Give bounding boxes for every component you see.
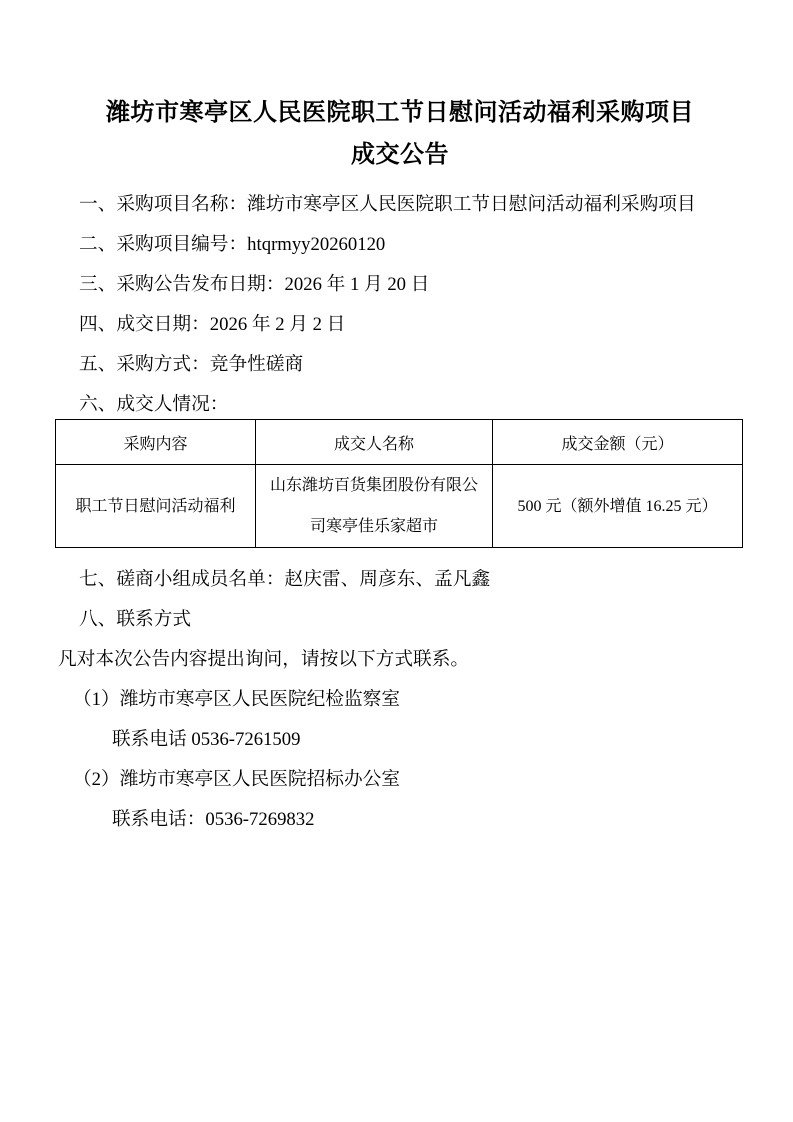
cell-amount: 500 元（额外增值 16.25 元） [493, 465, 743, 548]
document-page: 潍坊市寒亭区人民医院职工节日慰问活动福利采购项目 成交公告 一、采购项目名称：潍… [0, 0, 793, 1122]
section-panel-members: 七、磋商小组成员名单：赵庆雷、周彦东、孟凡鑫 [58, 560, 742, 600]
award-table: 采购内容 成交人名称 成交金额（元） 职工节日慰问活动福利 山东潍坊百货集团股份… [55, 419, 743, 548]
contact-phone-2: 联系电话：0536-7269832 [58, 800, 742, 840]
header-cell-content: 采购内容 [56, 420, 256, 465]
section-procurement-method: 五、采购方式：竞争性磋商 [58, 345, 742, 385]
header-cell-winner: 成交人名称 [256, 420, 493, 465]
document-title-line-2: 成交公告 [58, 134, 742, 176]
document-title-line-1: 潍坊市寒亭区人民医院职工节日慰问活动福利采购项目 [58, 92, 742, 134]
contact-office-1: （1）潍坊市寒亭区人民医院纪检监察室 [58, 680, 742, 720]
section-project-number: 二、采购项目编号：htqrmyy20260120 [58, 225, 742, 265]
section-contact-heading: 八、联系方式 [58, 600, 742, 640]
contact-office-2: （2）潍坊市寒亭区人民医院招标办公室 [58, 760, 742, 800]
cell-winner: 山东潍坊百货集团股份有限公司寒亭佳乐家超市 [256, 465, 493, 548]
cell-content: 职工节日慰问活动福利 [56, 465, 256, 548]
section-project-name: 一、采购项目名称：潍坊市寒亭区人民医院职工节日慰问活动福利采购项目 [58, 185, 742, 225]
award-table-header-row: 采购内容 成交人名称 成交金额（元） [56, 420, 743, 465]
award-table-data-row: 职工节日慰问活动福利 山东潍坊百货集团股份有限公司寒亭佳乐家超市 500 元（额… [56, 465, 743, 548]
contact-intro: 凡对本次公告内容提出询问，请按以下方式联系。 [58, 640, 742, 680]
section-announcement-date: 三、采购公告发布日期：2026 年 1 月 20 日 [58, 265, 742, 305]
document-content: 潍坊市寒亭区人民医院职工节日慰问活动福利采购项目 成交公告 一、采购项目名称：潍… [0, 0, 793, 840]
section-award-date: 四、成交日期：2026 年 2 月 2 日 [58, 305, 742, 345]
contact-phone-1: 联系电话 0536-7261509 [58, 720, 742, 760]
header-cell-amount: 成交金额（元） [493, 420, 743, 465]
